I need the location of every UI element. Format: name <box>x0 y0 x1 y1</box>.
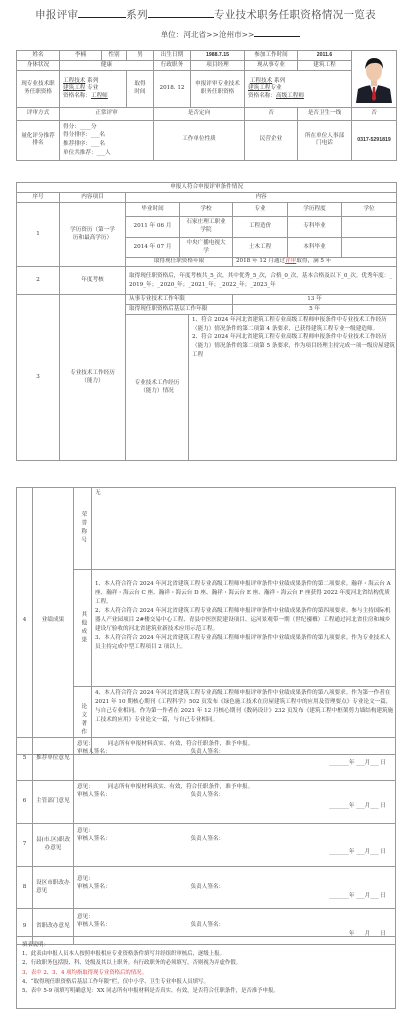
edu-header-time: 毕业时间 <box>126 203 180 217</box>
opinions-table: 5 推荐单位意见 意见： 同志所有申报材料真实、有效，符合任职条件，准予申报。 … <box>16 737 396 945</box>
exp-detail: 1、符合 2024 年河北省建筑工程专业高级工程师申报条件中专业技术工作经历（能… <box>189 315 397 461</box>
note-item: 5、表中 5-9 项填写明确意见：XX 同志所有申报材料是否真实、有效，是否符合… <box>22 987 390 996</box>
opinion-label: 主管部门意见 <box>33 781 74 824</box>
work-start-label: 参加工作时间 <box>245 51 298 61</box>
reviewer-sign[interactable]: 审核人签名： <box>77 922 111 928</box>
obtain-label: 取得时间 <box>127 71 154 107</box>
other-item: 2、本人符合符合 2024 年河北省建筑工程专业高级工程师申报评审条件中业绩成果… <box>95 607 394 634</box>
opinion-body: 意见： 审核人签名：负责人签名： _______年 ___月___ 日 <box>74 824 396 867</box>
admin-value: 项目经理 <box>191 61 245 71</box>
recommend-rank-line: 推荐排序：___名 <box>63 140 152 149</box>
score-label: 量化评分推荐排名 <box>17 120 60 160</box>
review-mode-label: 评审方式 <box>17 107 60 120</box>
current-qual-name: 工程师 <box>91 93 108 99</box>
gender-label: 性别 <box>102 51 127 61</box>
opinion-date[interactable]: _______年 ___月___ 日 <box>77 760 394 768</box>
page-title: 申报评审系列专业技术职务任职资格情况一览表 <box>0 8 411 22</box>
other-label-text: 其他成果 <box>79 611 87 645</box>
frontline-value: 否 <box>352 107 397 120</box>
exp-years: 13 年 <box>233 295 397 305</box>
apply-series: 工程技术 <box>250 78 272 84</box>
notes-heading: 填表说明： <box>22 941 390 950</box>
reviewer-sign[interactable]: 审核人签名： <box>77 836 111 842</box>
title-suffix: 专业技术职务任职资格情况一览表 <box>214 9 376 21</box>
apply-qual-label: 申报评审专业技术职务任职资格 <box>191 71 245 107</box>
edu-level: 专科毕业 <box>288 217 342 238</box>
apply-qual-value: 工程技术 系列 建筑工程专业 资格名称：高级工程师 <box>245 71 352 107</box>
opinion-no: 7 <box>17 824 33 867</box>
unit-blank <box>254 30 300 37</box>
title-prefix: 申报评审 <box>35 9 78 21</box>
major-suffix: 专业 <box>270 85 281 91</box>
honor-label: 荣誉称号 <box>74 488 92 570</box>
ach-no: 4 <box>17 488 33 755</box>
edu-header-level: 学历程度 <box>288 203 342 217</box>
score-lines: 得分：____分 得分排序：___名 推荐排序：___名 单位共推荐：___人 <box>60 120 154 160</box>
series-suffix: 系列 <box>274 78 285 84</box>
edu-major: 工程造价 <box>233 217 288 238</box>
edu-level: 本科毕业 <box>288 238 342 258</box>
birth-label: 出生日期 <box>154 51 191 61</box>
leader-sign[interactable]: 负责人签名： <box>191 836 225 842</box>
leader-sign[interactable]: 负责人签名： <box>191 749 225 755</box>
admin-label: 行政职务 <box>154 61 191 71</box>
unit-line: 单位：河北省>>沧州市>> <box>0 30 411 40</box>
filling-notes: 填表说明： 1、此表由申报人员本人按照申报相应专业资格条件填写并经组织审核后，逐… <box>16 936 396 1009</box>
edu-header-school: 学校 <box>180 203 233 217</box>
nature-label: 工作单位性质 <box>154 120 245 160</box>
grassroots-label: 取得现任职资格后基层工作年限 <box>126 305 233 315</box>
grassroots-value: 5 年 <box>233 305 397 315</box>
title-blank-1 <box>78 9 126 18</box>
directed-value: 否 <box>245 107 298 120</box>
edu-item: 学历资历（第一学历和最高学历） <box>60 203 126 267</box>
directed-label: 是否定向 <box>154 107 245 120</box>
opinion-row: 8 设区市职改办意见 意见： 审核人签名：负责人签名： _______年 ___… <box>17 867 396 909</box>
exp-years-label: 从事专业技术工作年限 <box>126 295 233 305</box>
unit-text: 单位：河北省>>沧州市>> <box>161 30 255 39</box>
opinion-label: 设区市职改办意见 <box>33 867 74 909</box>
reviewer-sign[interactable]: 审核人签名： <box>77 792 111 798</box>
current-major-label: 现从事专业 <box>245 61 298 71</box>
conditions-heading: 申报人符合申报评审条件情况 <box>17 183 397 193</box>
title-blank-2 <box>148 9 214 18</box>
note-item: 4、“取得现任职资格后基层工作年限”栏，仅中小学、卫生专业申报人员填写。 <box>22 978 390 987</box>
photo-portrait-icon <box>354 51 394 103</box>
title-series: 系列 <box>126 9 148 21</box>
score-rank-line: 得分排序：___名 <box>63 131 152 140</box>
current-major-value: 建筑工程 <box>298 61 352 71</box>
achievements-table: 4 业绩成果 荣誉称号 无 其他成果 1、本人符合符合 2024 年河北省建筑工… <box>16 487 396 755</box>
exp-item: 专业技术工作经历（能力） <box>60 295 126 461</box>
opinion-date[interactable]: _______年 ___月___ 日 <box>77 803 394 811</box>
leader-sign[interactable]: 负责人签名： <box>191 884 225 890</box>
qual-name-label: 资格名称： <box>248 93 276 99</box>
opinion-text[interactable]: 意见： <box>77 828 394 836</box>
exp-no: 3 <box>17 295 60 461</box>
assess-item: 年度考核 <box>60 267 126 295</box>
leader-sign[interactable]: 负责人签名： <box>191 922 225 928</box>
opinion-no: 6 <box>17 781 33 824</box>
gender-value: 男 <box>127 51 154 61</box>
exp-detail-item: 1、符合 2024 年河北省建筑工程专业高级工程师申报条件中专业技术工作经历（能… <box>192 316 395 333</box>
name-value: 李楠 <box>60 51 102 61</box>
col-content: 内容 <box>126 193 397 203</box>
opinion-text[interactable]: 意见： 同志所有申报材料真实、有效，符合任职条件，准予申报。 <box>77 741 394 749</box>
edu-header-degree: 学位 <box>342 203 397 217</box>
opinion-text[interactable]: 意见： <box>77 914 394 922</box>
paper-label-text: 论文著作 <box>79 703 87 737</box>
apply-qual-name: 高级工程师 <box>276 93 304 99</box>
health-value: 健康 <box>60 61 154 71</box>
current-qual-value: 工程技术 系列 建筑工程 专业 资格名称：工程师 <box>60 71 127 107</box>
opinion-row: 5 推荐单位意见 意见： 同志所有申报材料真实、有效，符合任职条件，准予申报。 … <box>17 738 396 781</box>
col-item: 内容项目 <box>60 193 126 203</box>
note-item-highlighted: 3、表中 2、3、4 项均指取得现专业资格后的情况。 <box>22 969 390 978</box>
qual-name-label: 资格名称： <box>63 93 91 99</box>
work-start-value: 2011.6 <box>298 51 352 61</box>
edu-time: 2014 年 07 月 <box>126 238 180 258</box>
reviewer-sign[interactable]: 审核人签名： <box>77 884 111 890</box>
obtain-time: 2018. 12 <box>154 71 191 107</box>
ach-item: 业绩成果 <box>33 488 74 755</box>
edu-degree <box>342 238 397 258</box>
opinion-body: 意见： 同志所有申报材料真实、有效，符合任职条件，准予申报。 审核人签名：负责人… <box>74 781 396 824</box>
assess-text: 取得现任职资格后，年度考核共_5_次，其中优秀_5_次，合格_0_次，基本合格及… <box>126 267 397 295</box>
current-major: 建筑工程 <box>63 85 85 91</box>
edu-major: 土木工程 <box>233 238 288 258</box>
years-post: 取得，满 5 年 <box>296 258 331 264</box>
other-item: 1、本人符合符合 2024 年河北省建筑工程专业高级工程师申报评审条件中业绩成果… <box>95 580 394 607</box>
name-label: 姓名 <box>17 51 60 61</box>
opinion-text[interactable]: 意见： 同志所有申报材料真实、有效，符合任职条件，准予申报。 <box>77 784 394 792</box>
honor-value: 无 <box>92 488 396 570</box>
exp-detail-label: 专业技术工作经历（能力）情况 <box>126 315 189 461</box>
health-label: 身体状况 <box>17 61 60 71</box>
edu-degree <box>342 217 397 238</box>
col-no: 序号 <box>17 193 60 203</box>
assess-no: 2 <box>17 267 60 295</box>
other-value: 1、本人符合符合 2024 年河北省建筑工程专业高级工程师申报评审条件中业绩成果… <box>92 570 396 687</box>
other-label: 其他成果 <box>74 570 92 687</box>
edu-school: 石家庄理工职业学院 <box>180 217 233 238</box>
major-suffix: 专业 <box>87 85 98 91</box>
years-value: 2018 年 12 月通过评审取得，满 5 年 <box>233 258 397 267</box>
opinion-row: 6 主管部门意见 意见： 同志所有申报材料真实、有效，符合任职条件，准予申报。 … <box>17 781 396 824</box>
opinion-body: 意见： 同志所有申报材料真实、有效，符合任职条件，准予申报。 审核人签名：负责人… <box>74 738 396 781</box>
birth-value: 1988.7.15 <box>191 51 245 61</box>
review-mode-value: 正常评审 <box>60 107 154 120</box>
phone-label: 所在单位人事部门电话 <box>298 120 352 160</box>
opinion-no: 8 <box>17 867 33 909</box>
reviewer-sign[interactable]: 审核人签名： <box>77 749 111 755</box>
edu-header-major: 专业 <box>233 203 288 217</box>
apply-major: 建筑工程 <box>248 85 270 91</box>
basic-info-table: 姓名 李楠 性别 男 出生日期 1988.7.15 参加工作时间 2011.6 … <box>16 50 397 161</box>
note-item: 2、行政职务包括股、科、处级及其以上职务。有行政职务的必须填写，否则视为弄虚作假… <box>22 959 390 968</box>
note-item: 1、此表由申报人员本人按照申报相应专业资格条件填写并经组织审核后，逐级上报。 <box>22 950 390 959</box>
opinion-date[interactable]: _______年 ___月___ 日 <box>77 849 394 857</box>
edu-no: 1 <box>17 203 60 267</box>
years-pre: 2018 年 12 月通过 <box>236 258 285 264</box>
years-label: 取得现任职资格年限 <box>126 258 233 267</box>
phone-value: 0317-5291819 <box>352 120 397 160</box>
recommend-total-line: 单位共推荐：___人 <box>63 149 152 158</box>
opinion-body: 意见： 审核人签名：负责人签名： _______年 ___月___ 日 <box>74 867 396 909</box>
edu-time: 2011 年 06 月 <box>126 217 180 238</box>
conditions-table: 申报人符合申报评审条件情况 序号 内容项目 内容 1 学历资历（第一学历和最高学… <box>16 182 397 461</box>
opinion-label: 推荐单位意见 <box>33 738 74 781</box>
years-red-text: 评审 <box>285 258 296 264</box>
current-series: 工程技术 <box>63 78 85 84</box>
honor-label-text: 荣誉称号 <box>79 511 87 545</box>
photo-cell <box>352 51 397 108</box>
exp-detail-item: 2、符合 2024 年河北省建筑工程专业高级工程师申报条件中专业技术工作经历（能… <box>192 333 395 359</box>
opinion-no: 5 <box>17 738 33 781</box>
nature-value: 民营企业 <box>245 120 298 160</box>
series-suffix: 系列 <box>87 78 98 84</box>
leader-sign[interactable]: 负责人签名： <box>191 792 225 798</box>
edu-school: 中央广播电视大学 <box>180 238 233 258</box>
score-line: 得分：____分 <box>63 123 152 132</box>
other-item: 3、本人符合符合 2024 年河北省建筑工程专业高级工程师申报评审条件中业绩成果… <box>95 634 394 652</box>
opinion-date[interactable]: _______年 ___月___ 日 <box>77 893 394 901</box>
current-qual-label: 现专业技术职务任职资格 <box>17 71 60 107</box>
frontline-label: 是否卫生一线 <box>298 107 352 120</box>
opinion-label: 县(市.区)职改办意见 <box>33 824 74 867</box>
opinion-text[interactable]: 意见： <box>77 876 394 884</box>
opinion-row: 7 县(市.区)职改办意见 意见： 审核人签名：负责人签名： _______年 … <box>17 824 396 867</box>
